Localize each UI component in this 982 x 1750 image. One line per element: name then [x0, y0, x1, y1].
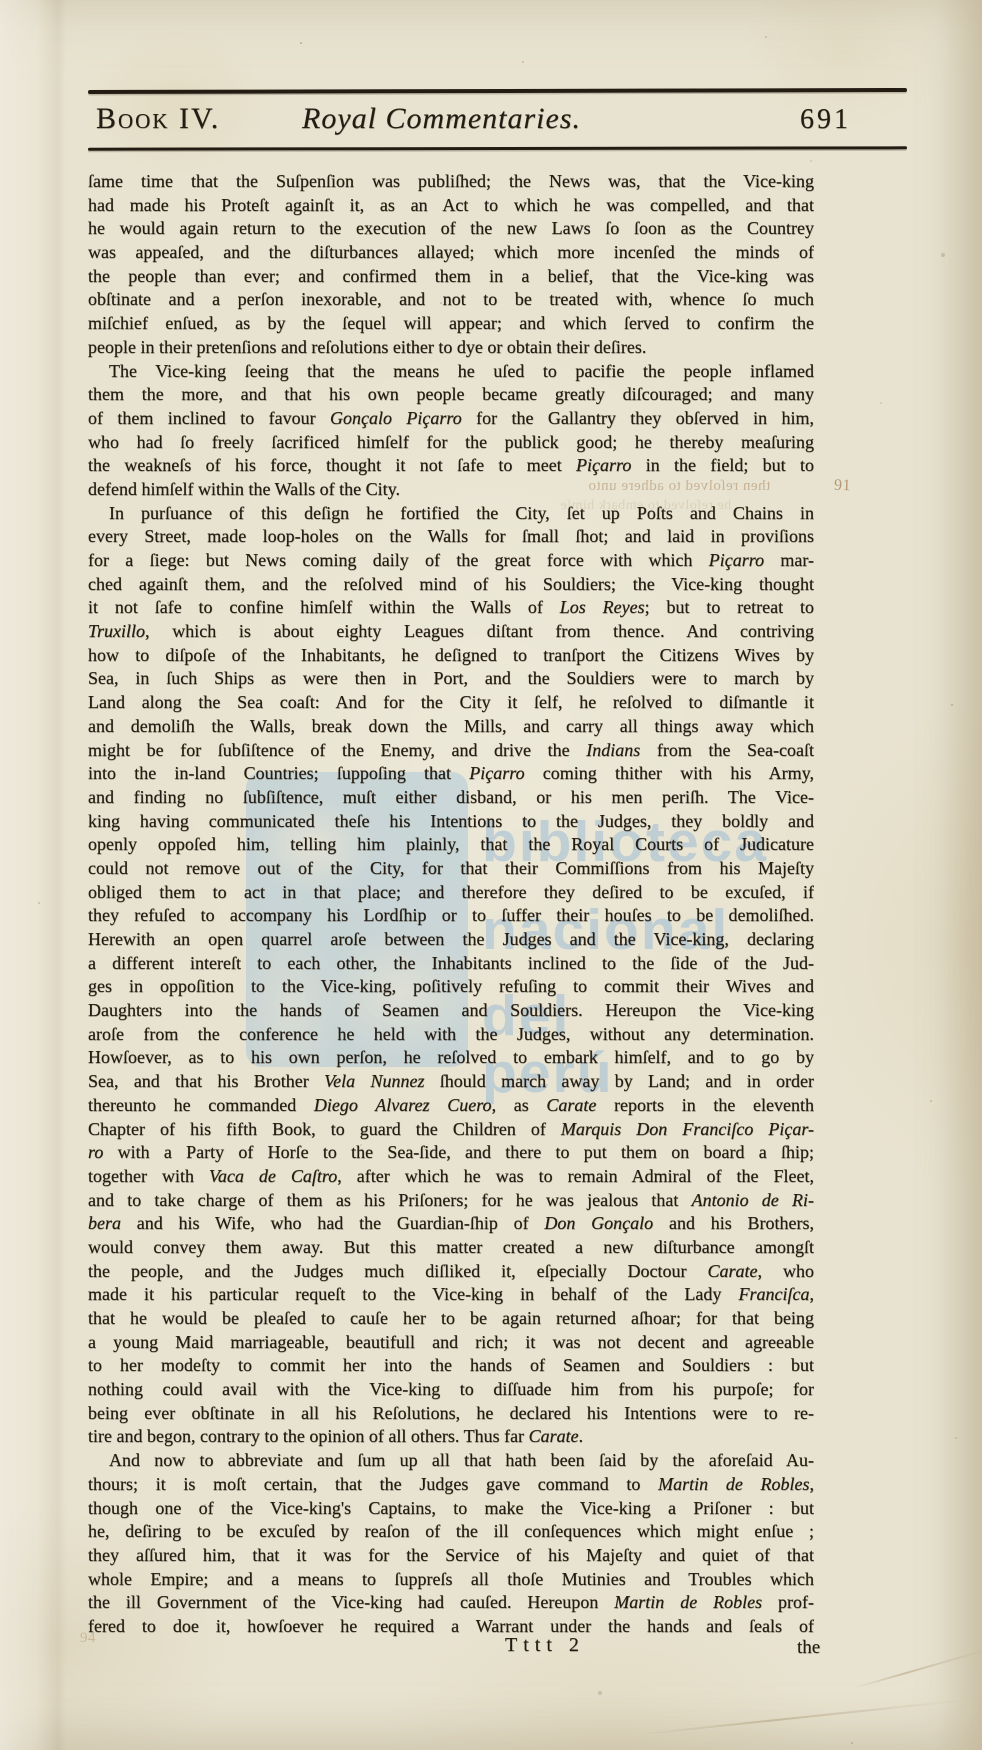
header-rule-bottom [88, 146, 907, 150]
text-line: who had ſo freely ſacrificed himſelf for… [88, 431, 814, 455]
text-line: whole Empire; and a means to ſuppreſs al… [88, 1568, 814, 1592]
paragraph: The Vice-king ſeeing that the means he u… [88, 360, 814, 502]
text-line: and demoliſh the Walls, break down the M… [88, 715, 814, 739]
text-line: every Street, made loop-holes on the Wal… [88, 525, 814, 549]
bleedthrough-number: 91 [834, 477, 852, 496]
text-line: people in their pretenſions and reſoluti… [88, 336, 814, 360]
text-line: ro with a Party of Horſe to the Sea-ſide… [88, 1141, 814, 1165]
text-line: was appeaſed, and the diſturbances allay… [88, 241, 814, 265]
text-line: ſame time that the Suſpenſion was publiſ… [88, 170, 814, 194]
text-line: Sea, in ſuch Ships as were then in Port,… [88, 667, 814, 691]
text-line: together with Vaca de Caſtro, after whic… [88, 1165, 814, 1189]
text-line: the weakneſs of his force, thought it no… [88, 454, 814, 478]
text-line: miſchief enſued, as by the ſequel will a… [88, 312, 814, 336]
text-line: the people, and the Judges much diſliked… [88, 1260, 814, 1284]
signature-mark: Tttt 2 [505, 1634, 585, 1657]
running-header: Book IV. Royal Commentaries. 691 [88, 96, 907, 140]
page-crease [852, 1649, 982, 1690]
text-line: bera and his Wife, who had the Guardian-… [88, 1212, 814, 1236]
text-line: aroſe from the conference he held with t… [88, 1023, 814, 1047]
text-line: Truxillo, which is about eighty Leagues … [88, 620, 814, 644]
text-line: Herewith an open quarrel aroſe between t… [88, 928, 814, 952]
text-line: made it his particular requeſt to the Vi… [88, 1283, 814, 1307]
paragraph: In purſuance of this deſign he fortified… [88, 502, 814, 1450]
text-line: fered to doe it, howſoever he required a… [88, 1615, 814, 1639]
text-line: might be for ſubſiſtence of the Enemy, a… [88, 739, 814, 763]
text-line: thereunto he commanded Diego Alvarez Cue… [88, 1094, 814, 1118]
text-line: of them inclined to favour Gonçalo Piçar… [88, 407, 814, 431]
text-line: obſtinate and a perſon inexorable, and n… [88, 288, 814, 312]
text-line: Sea, and that his Brother Vela Nunnez ſh… [88, 1070, 814, 1094]
text-line: nothing could avail with the Vice-king t… [88, 1378, 814, 1402]
text-line: defend himſelf within the Walls of the C… [88, 478, 814, 502]
text-line: how to diſpoſe of the Inhabitants, he de… [88, 644, 814, 668]
text-line: thours; it is moſt certain, that the Jud… [88, 1473, 814, 1497]
text-line: it not ſafe to confine himſelf within th… [88, 596, 814, 620]
text-line: Howſoever, as to his own perſon, he reſo… [88, 1046, 814, 1070]
paper-specks [300, 42, 302, 44]
text-line: had made his Proteſt againſt it, as an A… [88, 194, 814, 218]
text-line: he would again return to the execution o… [88, 217, 814, 241]
text-line: to her modeſty to commit her into the ha… [88, 1354, 814, 1378]
running-title: Royal Commentaries. [302, 102, 581, 136]
text-line: ges in oppoſition to the Vice-king, poſi… [88, 975, 814, 999]
text-line: though one of the Vice-king's Captains, … [88, 1497, 814, 1521]
text-line: and finding no ſubſiſtence, muſt either … [88, 786, 814, 810]
page-number: 691 [800, 104, 851, 136]
text-line: they aſſured him, that it was for the Se… [88, 1544, 814, 1568]
text-line: ched againſt them, and the reſolved mind… [88, 573, 814, 597]
text-line: Land along the Sea coaſt: And for the Ci… [88, 691, 814, 715]
text-line: a young Maid marriageable, beautifull an… [88, 1331, 814, 1355]
text-line: obliged them to act in that place; and t… [88, 881, 814, 905]
book-number: Book IV. [96, 102, 220, 136]
text-line: they refuſed to accompany his Lordſhip o… [88, 904, 814, 928]
text-line: tire and begon, contrary to the opinion … [88, 1425, 814, 1449]
text-line: And now to abbreviate and ſum up all tha… [88, 1449, 814, 1473]
header-rule-top [88, 88, 907, 94]
text-block: ſame time that the Suſpenſion was publiſ… [88, 170, 814, 1639]
text-line: a different intereſt to each other, the … [88, 952, 814, 976]
text-line: them the more, and that his own people b… [88, 383, 814, 407]
scanned-book-page: biblioteca nacional del perú then reſolv… [0, 0, 982, 1750]
text-line: In purſuance of this deſign he fortified… [88, 502, 814, 526]
text-line: could not remove out of the City, for th… [88, 857, 814, 881]
paragraph: And now to abbreviate and ſum up all tha… [88, 1449, 814, 1639]
text-line: Chapter of his fifth Book, to guard the … [88, 1118, 814, 1142]
text-line: would convey them away. But this matter … [88, 1236, 814, 1260]
text-line: he, deſiring to be excuſed by reaſon of … [88, 1520, 814, 1544]
text-line: into the in-land Countries; ſuppoſing th… [88, 762, 814, 786]
text-line: the ill Government of the Vice-king had … [88, 1591, 814, 1615]
text-line: and to take charge of them as his Priſon… [88, 1189, 814, 1213]
text-line: king having communicated theſe his Inten… [88, 810, 814, 834]
page-crease [641, 1699, 969, 1735]
text-line: being ever obſtinate in all his Reſoluti… [88, 1402, 814, 1426]
text-line: Daughters into the hands of Seamen and S… [88, 999, 814, 1023]
text-line: openly oppoſed him, telling him plainly,… [88, 833, 814, 857]
paragraph: ſame time that the Suſpenſion was publiſ… [88, 170, 814, 360]
text-line: that he would be pleaſed to cauſe her to… [88, 1307, 814, 1331]
text-line: the people than ever; and confirmed them… [88, 265, 814, 289]
text-line: The Vice-king ſeeing that the means he u… [88, 360, 814, 384]
catchword: the [797, 1637, 820, 1659]
text-line: for a ſiege: but News coming daily of th… [88, 549, 814, 573]
